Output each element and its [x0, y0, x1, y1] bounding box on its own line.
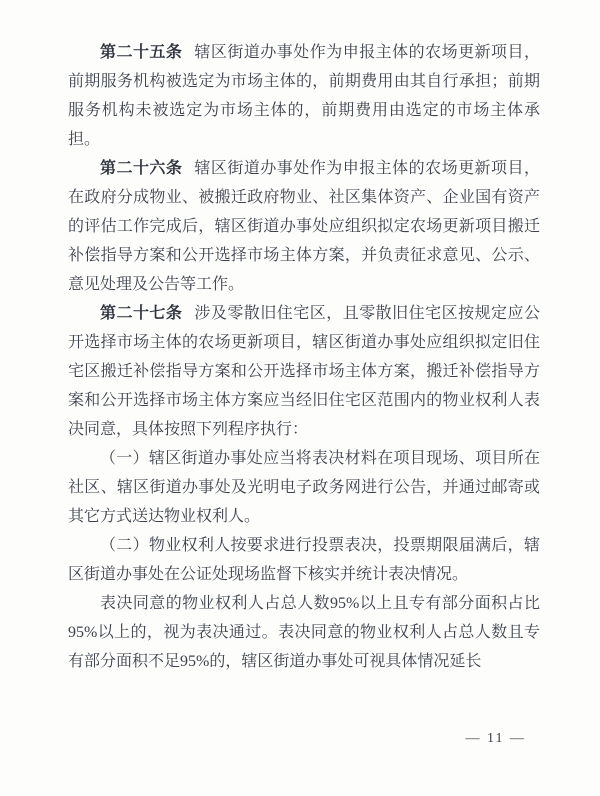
article-paragraph: 第二十七条涉及零散旧住宅区，且零散旧住宅区按规定应公开选择市场主体的农场更新项目… [68, 299, 540, 444]
article-25-heading: 第二十五条 [100, 44, 182, 61]
clause-1-text: （一）辖区街道办事处应当将表决材料在项目现场、项目所在社区、辖区街道办事处及光明… [68, 450, 540, 525]
article-paragraph: 表决同意的物业权利人占总人数95%以上且专有部分面积占比95%以上的，视为表决通… [68, 589, 540, 676]
page-footer: — 11 — [466, 729, 526, 749]
article-paragraph: （二）物业权利人按要求进行投票表决，投票期限届满后，辖区街道办事处在公证处现场监… [68, 531, 540, 589]
article-paragraph: 第二十五条辖区街道办事处作为申报主体的农场更新项目，前期服务机构被选定为市场主体… [68, 38, 540, 154]
article-paragraph: （一）辖区街道办事处应当将表决材料在项目现场、项目所在社区、辖区街道办事处及光明… [68, 444, 540, 531]
clause-2-text: （二）物业权利人按要求进行投票表决，投票期限届满后，辖区街道办事处在公证处现场监… [68, 537, 540, 583]
article-26-heading: 第二十六条 [100, 160, 182, 177]
document-page: 第二十五条辖区街道办事处作为申报主体的农场更新项目，前期服务机构被选定为市场主体… [0, 0, 600, 796]
document-body: 第二十五条辖区街道办事处作为申报主体的农场更新项目，前期服务机构被选定为市场主体… [68, 38, 540, 676]
page-number: — 11 — [466, 731, 526, 746]
voting-result-text: 表决同意的物业权利人占总人数95%以上且专有部分面积占比95%以上的，视为表决通… [68, 595, 540, 670]
article-27-heading: 第二十七条 [100, 305, 182, 322]
article-27-text: 涉及零散旧住宅区，且零散旧住宅区按规定应公开选择市场主体的农场更新项目，辖区街道… [68, 305, 540, 438]
article-26-text: 辖区街道办事处作为申报主体的农场更新项目，在政府分成物业、被搬迁政府物业、社区集… [68, 160, 540, 293]
article-paragraph: 第二十六条辖区街道办事处作为申报主体的农场更新项目，在政府分成物业、被搬迁政府物… [68, 154, 540, 299]
